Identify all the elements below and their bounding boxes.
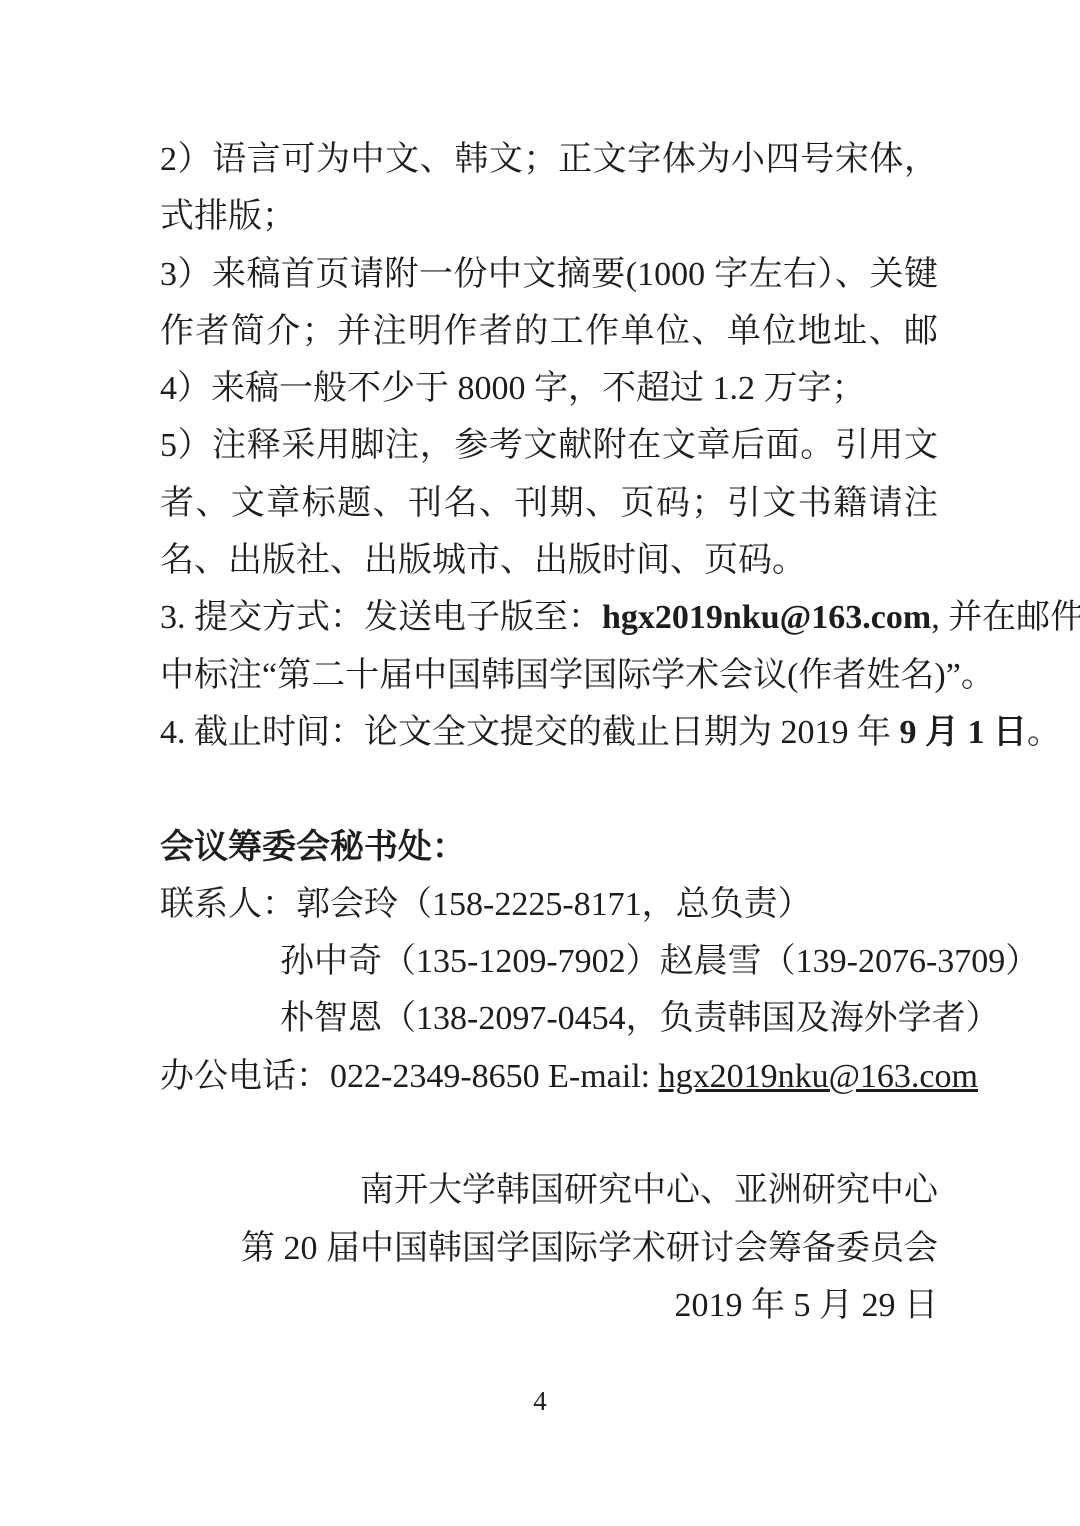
secretariat-contact-line1: 联系人：郭会玲（158-2225-8171，总负责）: [160, 876, 938, 933]
submission-method-line2: 中标注“第二十届中国韩国学国际学术会议(作者姓名)”。: [160, 647, 938, 704]
guideline-item5-line2: 者、文章标题、刊名、刊期、页码；引文书籍请注明：作者、书: [160, 475, 938, 532]
submission-method-line1: 3. 提交方式：发送电子版至：hgx2019nku@163.com, 并在邮件主…: [160, 589, 938, 646]
page-number: 4: [0, 1384, 1080, 1418]
secretariat-contact-line2: 孙中奇（135-1209-7902）赵晨雪（139-2076-3709）: [160, 933, 938, 990]
deadline-line: 4. 截止时间：论文全文提交的截止日期为 2019 年 9 月 1 日。: [160, 704, 938, 761]
guideline-item2-line2: 式排版；: [160, 188, 938, 245]
submission-after-email: , 并在邮件主题: [931, 599, 1080, 636]
signature-date: 2019 年 5 月 29 日: [160, 1277, 938, 1334]
document-content: 2）语言可为中文、韩文；正文字体为小四号宋体，用微软 Word 格 式排版； 3…: [160, 131, 938, 1334]
office-email-link[interactable]: hgx2019nku@163.com: [659, 1058, 978, 1095]
deadline-prefix: 4. 截止时间：论文全文提交的截止日期为 2019 年: [160, 714, 900, 751]
document-page: 2）语言可为中文、韩文；正文字体为小四号宋体，用微软 Word 格 式排版； 3…: [0, 0, 1080, 1526]
guideline-item5-line1: 5）注释采用脚注，参考文献附在文章后面。引用文章请注明：作: [160, 417, 938, 474]
spacer-line: [160, 1105, 938, 1162]
deadline-suffix: 。: [1027, 714, 1061, 751]
office-phone-text: 办公电话：022-2349-8650 E-mail:: [160, 1058, 659, 1095]
secretariat-office-line: 办公电话：022-2349-8650 E-mail: hgx2019nku@16…: [160, 1048, 938, 1105]
guideline-item3-line2: 作者简介；并注明作者的工作单位、单位地址、邮编，电子信箱；: [160, 303, 938, 360]
secretariat-heading: 会议筹委会秘书处：: [160, 819, 938, 876]
guideline-item2-line1: 2）语言可为中文、韩文；正文字体为小四号宋体，用微软 Word 格: [160, 131, 938, 188]
guideline-item4-line1: 4）来稿一般不少于 8000 字，不超过 1.2 万字；: [160, 360, 938, 417]
spacer-line: [160, 761, 938, 818]
deadline-date: 9 月 1 日: [900, 714, 1028, 751]
signature-organization-line2: 第 20 届中国韩国学国际学术研讨会筹备委员会: [160, 1220, 938, 1277]
guideline-item3-line1: 3）来稿首页请附一份中文摘要(1000 字左右）、关键词(3-5 个)、: [160, 246, 938, 303]
signature-organization-line1: 南开大学韩国研究中心、亚洲研究中心: [160, 1162, 938, 1219]
secretariat-contact-line3: 朴智恩（138-2097-0454，负责韩国及海外学者）: [160, 990, 938, 1047]
submission-prefix: 3. 提交方式：发送电子版至：: [160, 599, 602, 636]
submission-email: hgx2019nku@163.com: [602, 599, 931, 636]
guideline-item5-line3: 名、出版社、出版城市、出版时间、页码。: [160, 532, 938, 589]
